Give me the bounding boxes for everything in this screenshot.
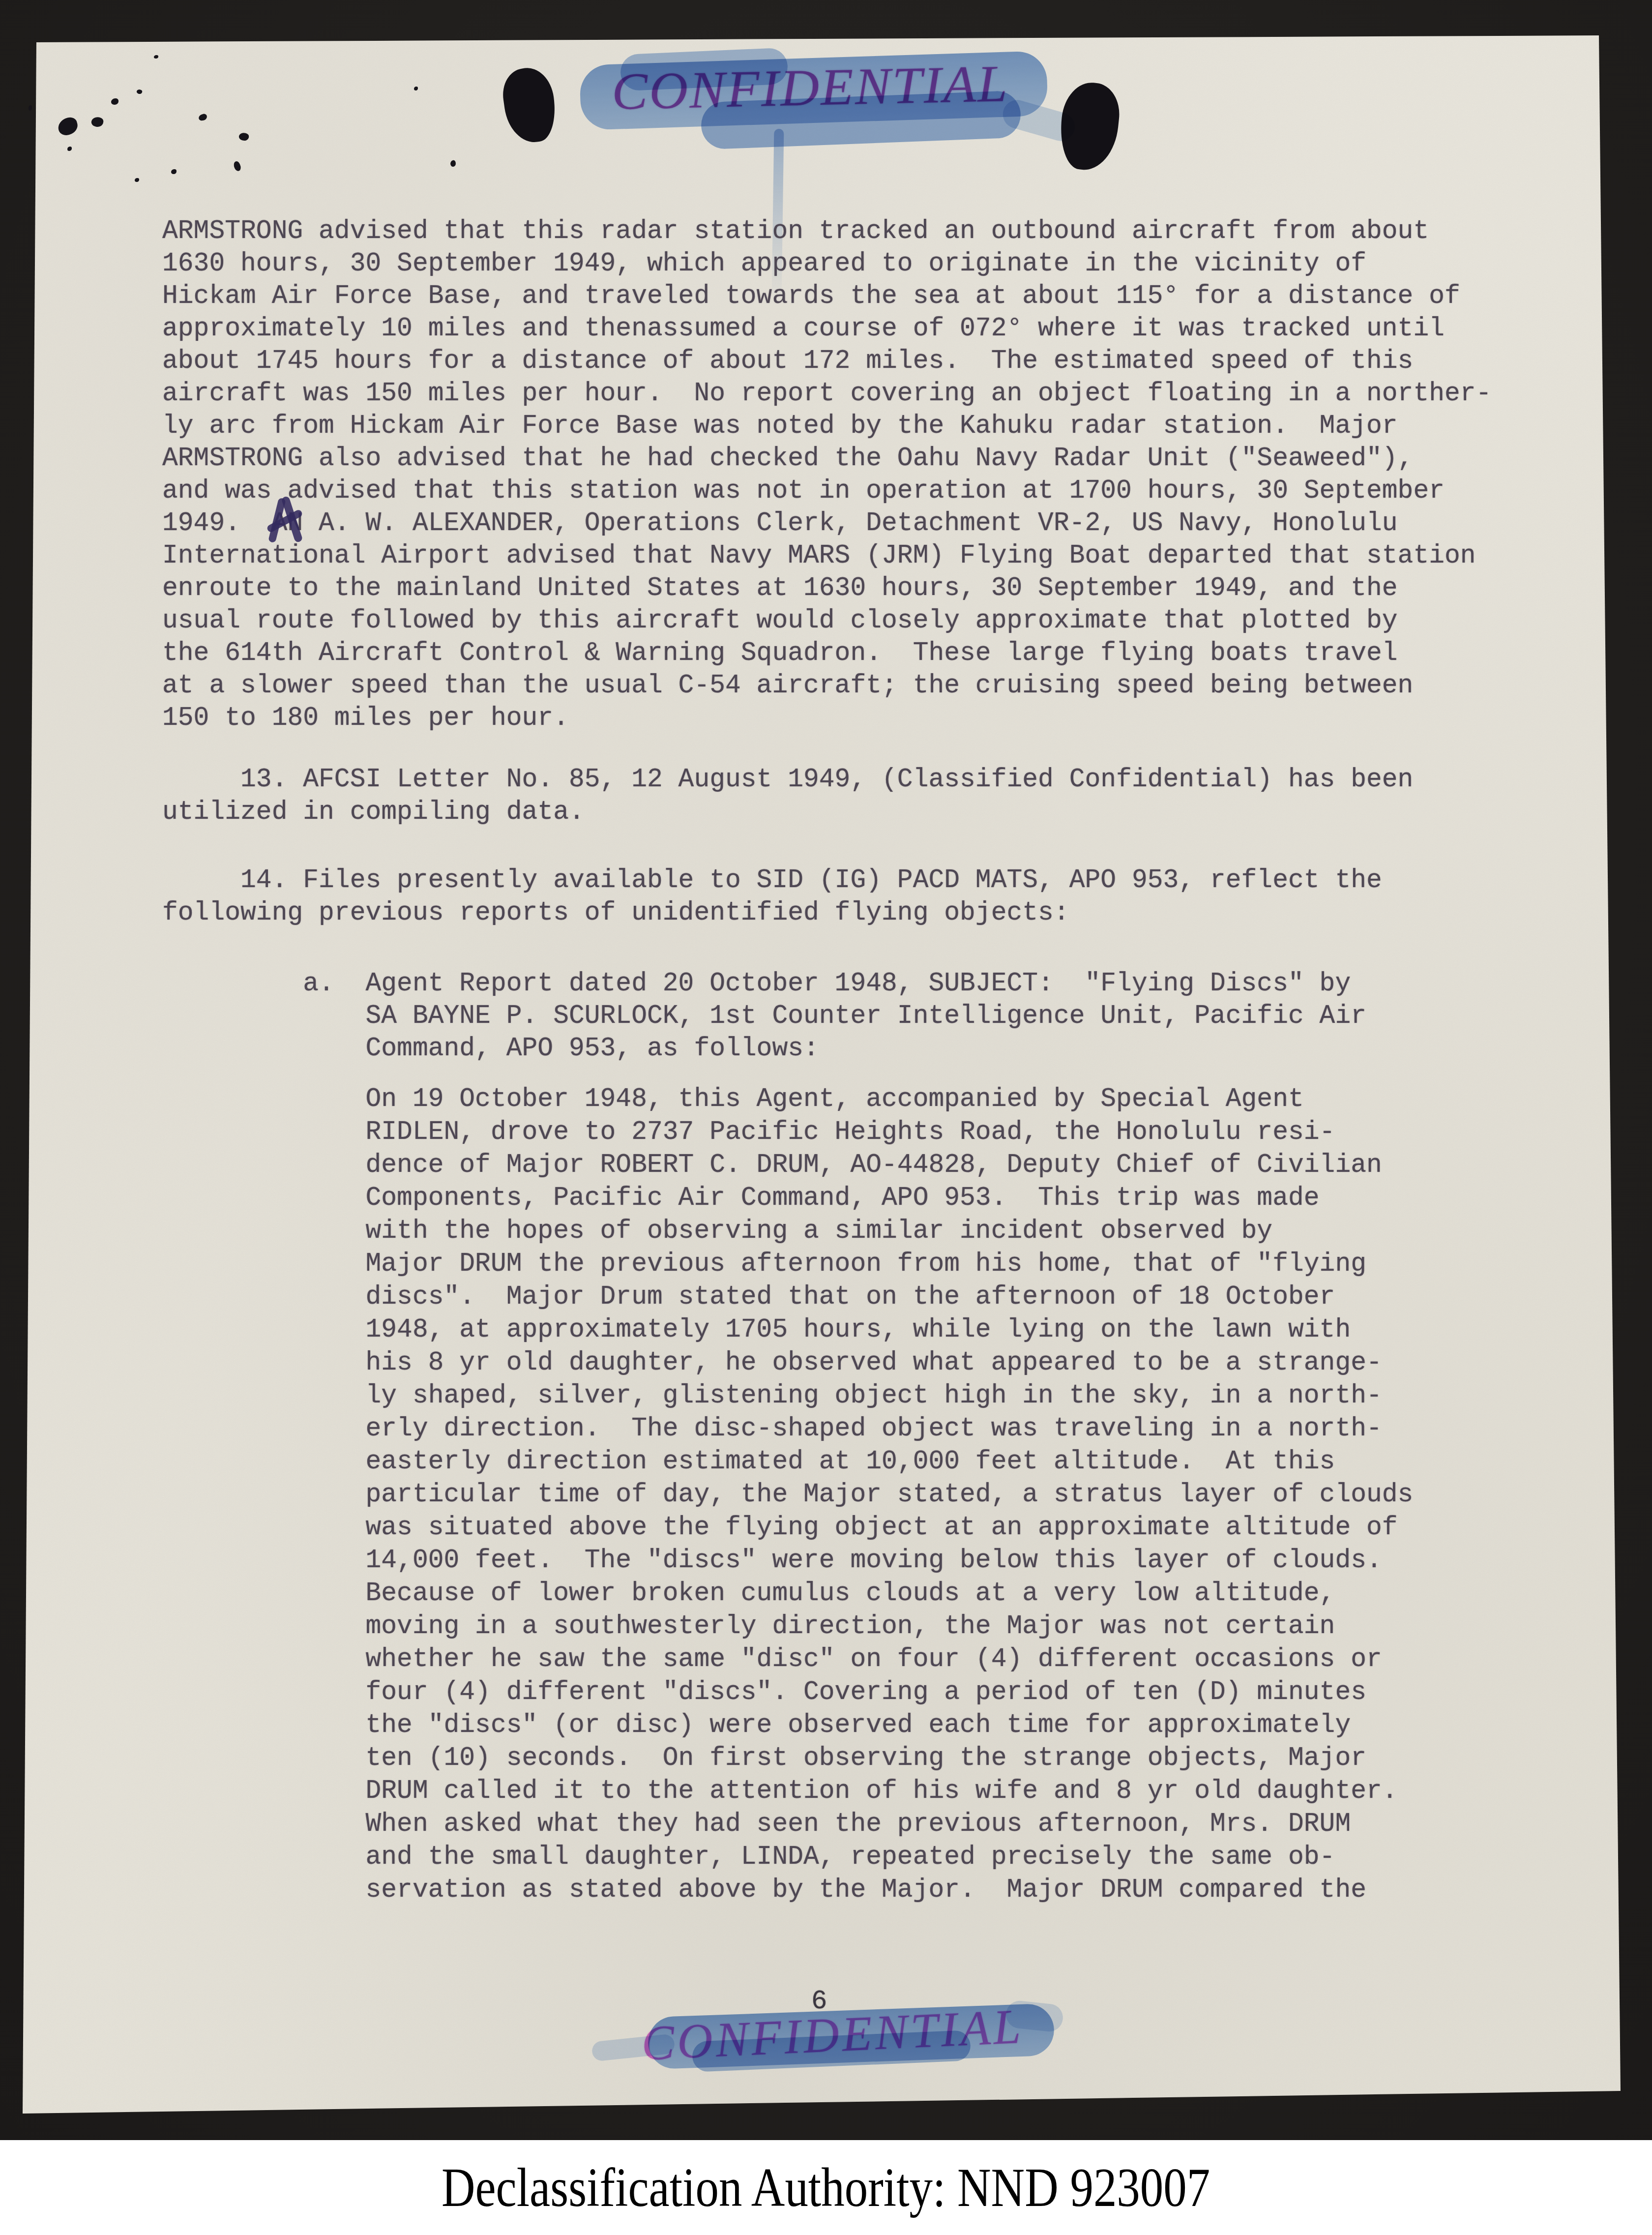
typed-line: ARMSTRONG advised that this radar statio… [162, 215, 1491, 247]
typed-line: about 1745 hours for a distance of about… [162, 345, 1491, 377]
typed-line: was situated above the flying object at … [162, 1511, 1413, 1544]
agent-report-paragraph: On 19 October 1948, this Agent, accompan… [162, 1083, 1413, 1907]
typed-line: erly direction. The disc-shaped object w… [162, 1412, 1413, 1445]
typed-line: Hickam Air Force Base, and traveled towa… [162, 280, 1491, 312]
typed-line: approximately 10 miles and thenassumed a… [162, 312, 1491, 345]
typed-line: usual route followed by this aircraft wo… [162, 604, 1491, 637]
typed-line: RIDLEN, drove to 2737 Pacific Heights Ro… [162, 1116, 1413, 1149]
typed-line: his 8 yr old daughter, he observed what … [162, 1346, 1413, 1379]
typed-line: 13. AFCSI Letter No. 85, 12 August 1949,… [162, 763, 1413, 796]
item-a-heading: a. Agent Report dated 20 October 1948, S… [162, 967, 1366, 1065]
typed-line: 1630 hours, 30 September 1949, which app… [162, 247, 1491, 280]
typed-line: 14. Files presently available to SID (IG… [162, 864, 1382, 896]
typed-line: Because of lower broken cumulus clouds a… [162, 1577, 1413, 1610]
typed-line: ly arc from Hickam Air Force Base was no… [162, 410, 1491, 442]
typed-line: with the hopes of observing a similar in… [162, 1215, 1413, 1248]
typed-line: easterly direction estimated at 10,000 f… [162, 1445, 1413, 1478]
typed-line: ly shaped, silver, glistening object hig… [162, 1379, 1413, 1412]
typed-line: and the small daughter, LINDA, repeated … [162, 1841, 1413, 1874]
typed-line: the 614th Aircraft Control & Warning Squ… [162, 637, 1491, 669]
typed-line: aircraft was 150 miles per hour. No repo… [162, 377, 1491, 410]
typed-line: ten (10) seconds. On first observing the… [162, 1742, 1413, 1775]
page-number: 6 [811, 1987, 827, 2017]
typed-line: SA BAYNE P. SCURLOCK, 1st Counter Intell… [162, 1000, 1366, 1032]
typed-line: On 19 October 1948, this Agent, accompan… [162, 1083, 1413, 1116]
typed-line: 14,000 feet. The "discs" were moving bel… [162, 1544, 1413, 1577]
scanned-document-page: CONFIDENTIAL ARMSTRONG advised that this… [0, 0, 1652, 2235]
declassification-footer: Declassification Authority: NND 923007 [0, 2140, 1652, 2235]
typed-line: Components, Pacific Air Command, APO 953… [162, 1182, 1413, 1215]
declassification-authority-text: Declassification Authority: NND 923007 [442, 2156, 1210, 2220]
typed-line: Major DRUM the previous afternoon from h… [162, 1248, 1413, 1281]
typed-line: 1949. AN A. W. ALEXANDER, Operations Cle… [162, 507, 1491, 539]
typed-line: discs". Major Drum stated that on the af… [162, 1281, 1413, 1313]
typed-line: International Airport advised that Navy … [162, 539, 1491, 572]
typed-line: Command, APO 953, as follows: [162, 1032, 1366, 1065]
radar-paragraph: ARMSTRONG advised that this radar statio… [162, 215, 1491, 734]
typed-line: the "discs" (or disc) were observed each… [162, 1709, 1413, 1742]
item-14-paragraph: 14. Files presently available to SID (IG… [162, 864, 1382, 929]
typed-line: whether he saw the same "disc" on four (… [162, 1643, 1413, 1676]
typed-line: dence of Major ROBERT C. DRUM, AO-44828,… [162, 1149, 1413, 1182]
typed-line: 150 to 180 miles per hour. [162, 702, 1491, 734]
typed-line: at a slower speed than the usual C-54 ai… [162, 669, 1491, 702]
typed-line: ARMSTRONG also advised that he had check… [162, 442, 1491, 475]
item-13-paragraph: 13. AFCSI Letter No. 85, 12 August 1949,… [162, 763, 1413, 828]
typed-line: enroute to the mainland United States at… [162, 572, 1491, 604]
typed-line: servation as stated above by the Major. … [162, 1874, 1413, 1907]
typed-line: moving in a southwesterly direction, the… [162, 1610, 1413, 1643]
typed-line: following previous reports of unidentifi… [162, 896, 1382, 929]
typed-line: DRUM called it to the attention of his w… [162, 1775, 1413, 1808]
typed-line: four (4) different "discs". Covering a p… [162, 1676, 1413, 1709]
typed-line: a. Agent Report dated 20 October 1948, S… [162, 967, 1366, 1000]
typed-line: particular time of day, the Major stated… [162, 1478, 1413, 1511]
typed-line: and was advised that this station was no… [162, 475, 1491, 507]
typed-line: utilized in compiling data. [162, 796, 1413, 828]
typed-line: When asked what they had seen the previo… [162, 1808, 1413, 1841]
typed-line: 1948, at approximately 1705 hours, while… [162, 1313, 1413, 1346]
